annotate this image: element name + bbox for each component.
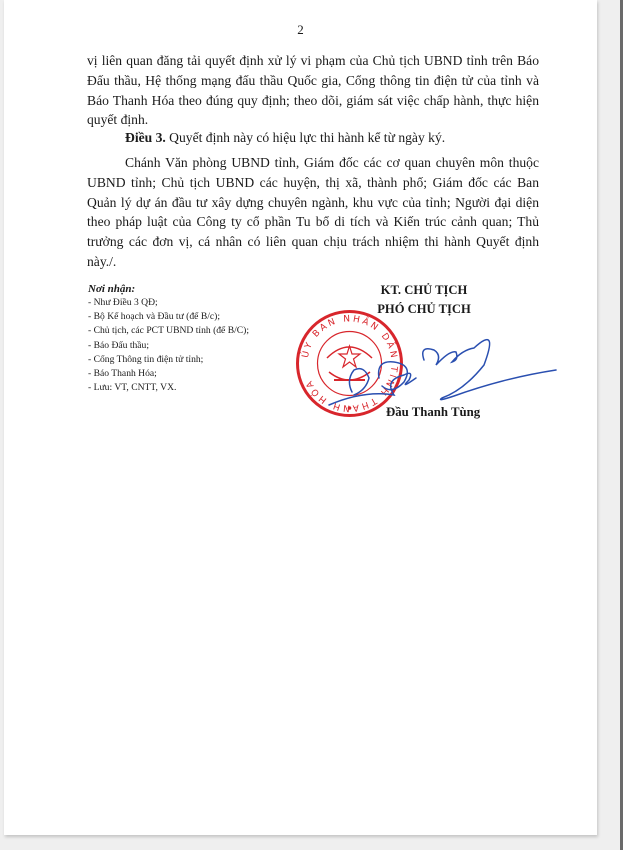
paragraph-publication: vị liên quan đăng tải quyết định xử lý v… xyxy=(87,51,539,130)
recipient-item: - Như Điều 3 QĐ; xyxy=(88,296,249,310)
document-page: 2 vị liên quan đăng tải quyết định xử lý… xyxy=(4,0,597,835)
recipient-item: - Báo Thanh Hóa; xyxy=(88,367,249,381)
recipients-list: - Như Điều 3 QĐ; - Bộ Kế hoạch và Đầu tư… xyxy=(88,296,249,395)
recipients-heading: Nơi nhận: xyxy=(88,282,249,296)
recipient-item: - Cổng Thông tin điện tử tỉnh; xyxy=(88,353,249,367)
signature-title-line-1: KT. CHỦ TỊCH xyxy=(334,281,514,300)
recipient-item: - Bộ Kế hoạch và Đầu tư (để B/c); xyxy=(88,310,249,324)
recipient-item: - Chủ tịch, các PCT UBND tỉnh (để B/C); xyxy=(88,324,249,338)
paragraph-responsibility: Chánh Văn phòng UBND tỉnh, Giám đốc các … xyxy=(87,153,539,272)
recipients-block: Nơi nhận: - Như Điều 3 QĐ; - Bộ Kế hoạch… xyxy=(88,282,249,395)
article-3-label: Điều 3. xyxy=(125,130,166,145)
article-3: Điều 3. Quyết định này có hiệu lực thi h… xyxy=(87,128,539,148)
article-3-text: Quyết định này có hiệu lực thi hành kể t… xyxy=(166,130,445,145)
recipient-item: - Báo Đấu thầu; xyxy=(88,339,249,353)
page-number: 2 xyxy=(4,22,597,38)
recipient-item: - Lưu: VT, CNTT, VX. xyxy=(88,381,249,395)
signer-name: Đầu Thanh Tùng xyxy=(386,405,480,420)
